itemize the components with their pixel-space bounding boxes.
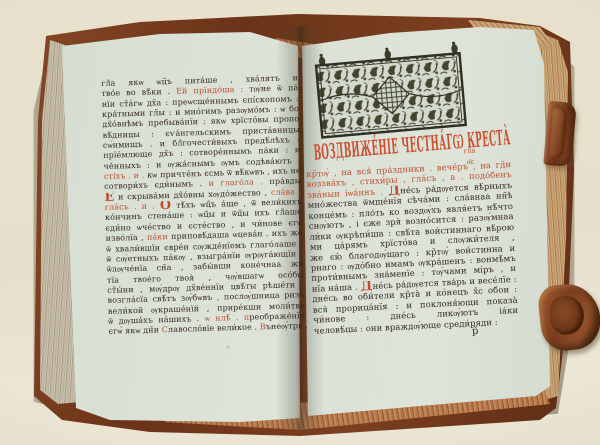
- finial-right: [451, 41, 458, 54]
- finial-center: [384, 47, 391, 59]
- margin-note-line: гл̃а: [463, 146, 476, 158]
- left-page-text: гл̃а якѡ ѡц̃ъ пита́ше , хва́лятъ и просл…: [101, 73, 306, 337]
- photo-scene: гл̃а якѡ ѡц̃ъ пита́ше , хва́лятъ и просл…: [0, 0, 600, 445]
- right-page-text: кр̃тѹ̀ , на вся̀ пра́здники . вече́ръ , …: [306, 159, 519, 336]
- clasp-top: [543, 101, 576, 167]
- woodcut-engraving: [312, 41, 469, 142]
- headpiece-ornament: [312, 41, 469, 142]
- signature-mark: р̃: [472, 326, 479, 337]
